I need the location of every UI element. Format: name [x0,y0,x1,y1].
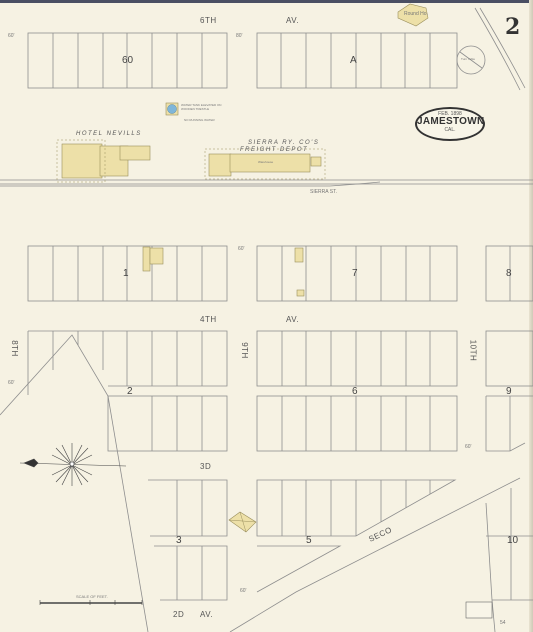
corner-mark: 54 [500,620,506,626]
street-sierra: SIERRA ST. [310,189,337,195]
width-60: 60' [8,33,15,39]
water-tank-subnote: NO RUNNING WATER [184,118,215,122]
block-1: 1 [123,268,129,279]
street-4th: 4TH [200,315,217,324]
compass-rose [20,443,126,486]
width-60-d: 60' [465,444,472,450]
block-7: 7 [352,268,358,279]
block-5-lots [257,480,455,592]
street-3rd: 3D [200,462,211,471]
depot-office [209,154,231,176]
hotel-annex [120,146,150,160]
buildings-yellow [62,4,428,532]
block-5: 5 [306,535,312,546]
water-tank-note: WATER TANK ELEVATED ON WOODEN TRESTLE [181,103,226,111]
hotel-main [62,144,102,178]
block-a: A [350,55,357,66]
scale-bar [40,600,142,605]
block-6: 6 [352,386,358,397]
map-linework [0,0,533,632]
bldg-block7-b [297,290,304,296]
round-house-label: Round Ho. [404,11,428,17]
width-60-e: 60' [240,588,247,594]
street-6th: 6TH [200,16,217,25]
bldg-block3-diamond [229,512,256,532]
bldg-block7-a [295,248,303,262]
street-10th: 10TH [468,340,477,362]
street-8th: 8TH [10,340,19,357]
block-3: 3 [176,535,182,546]
scale-label: SCALE OF FEET. [76,594,108,599]
street-2nd: 2D [173,610,184,619]
width-60-c: 60' [8,380,15,386]
town-name: JAMESTOWN [417,117,483,127]
street-9th: 9TH [240,342,249,359]
street-4th-av: AV. [286,315,299,324]
depot-shed [311,157,321,166]
library-stamp [466,602,492,618]
depot-label-2: FREIGHT DEPOT [240,147,308,153]
block-60: 60 [122,55,133,66]
block-9: 9 [506,386,512,397]
title-cartouche: FEB. 1898 JAMESTOWN CAL. [415,107,485,141]
depot-label-1: SIERRA RY. CO'S [248,140,319,146]
turn-table-label: Turn Table [461,57,475,61]
bldg-block1-b [150,248,163,264]
sheet-number: 2 [505,14,520,40]
bldg-block1-a [143,247,150,271]
block-3-lots [148,480,227,600]
street-2nd-av: AV. [200,610,213,619]
street-6th-av: AV. [286,16,299,25]
width-80: 80' [236,33,243,39]
warehouse-label: Warehouse [258,160,273,164]
state-name: CAL. [417,127,483,133]
block-2: 2 [127,386,133,397]
hotel-label: HOTEL NEVILLS [76,131,142,137]
block-a-lots [257,33,457,88]
width-60-b: 60' [238,246,245,252]
block-10: 10 [507,535,518,546]
block-8: 8 [506,268,512,279]
